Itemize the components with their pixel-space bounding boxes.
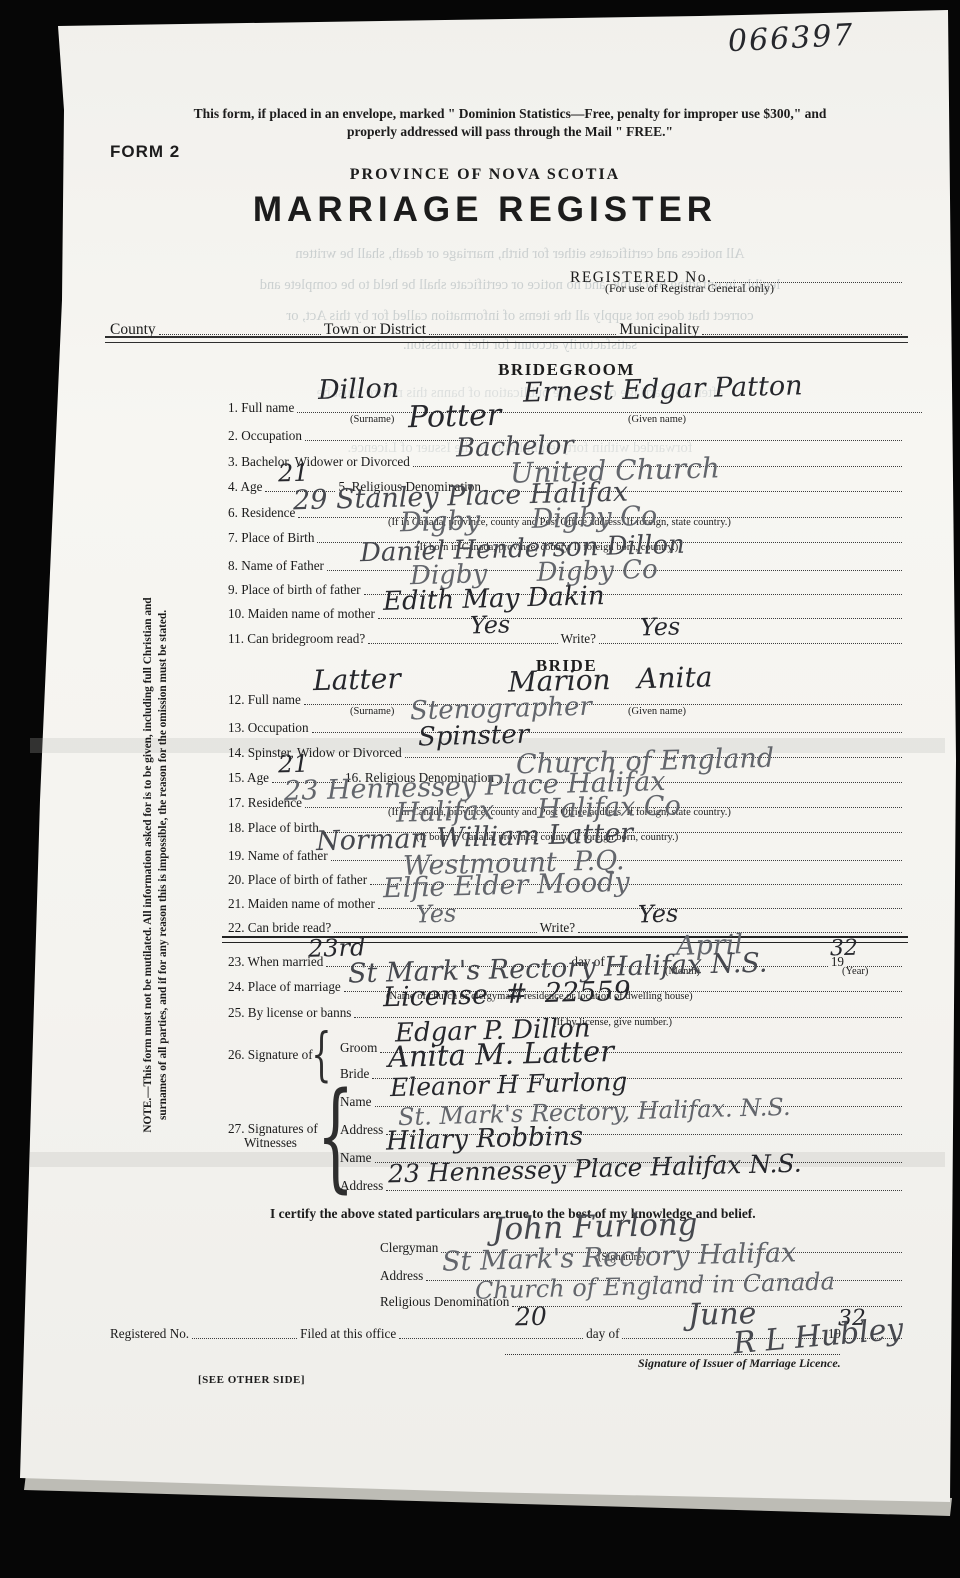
- field-label: 13. Occupation: [228, 721, 309, 736]
- bride-read-value: Yes: [416, 901, 457, 926]
- field-bridegroom-literacy: 11. Can bridegroom read? Write? Yes Yes: [228, 631, 905, 647]
- form-number: FORM 2: [110, 142, 180, 162]
- field-label: 3. Bachelor, Widower or Divorced: [228, 455, 410, 470]
- dotted-line: [702, 332, 902, 335]
- field-label: 25. By license or banns: [228, 1006, 351, 1021]
- given-name-caption: (Given name): [628, 706, 686, 717]
- dotted-line: [386, 1188, 902, 1191]
- field-label: 12. Full name: [228, 693, 301, 708]
- field-label: 11. Can bridegroom read?: [228, 632, 365, 647]
- witness2-name-value: Hilary Robbins: [386, 1123, 584, 1154]
- bride-signature-value: Anita M. Latter: [388, 1037, 615, 1072]
- field-label: 19. Name of father: [228, 849, 328, 864]
- field-bridegroom-full-name: 1. Full name (Surname) (Given name) Dill…: [228, 400, 925, 416]
- name-label: Name: [340, 1095, 372, 1110]
- field-label: 10. Maiden name of mother: [228, 607, 375, 622]
- field-label: 15. Age: [228, 771, 269, 786]
- dotted-line: [192, 1336, 297, 1339]
- registered-no-label: Registered No.: [110, 1327, 189, 1342]
- field-label: 8. Name of Father: [228, 559, 324, 574]
- field-label: 21. Maiden name of mother: [228, 897, 375, 912]
- married-day-value: 23rd: [308, 935, 366, 960]
- mail-notice-line2: properly addressed will pass through the…: [120, 124, 900, 140]
- filed-day-value: 20: [515, 1304, 547, 1330]
- dotted-line: [368, 641, 557, 644]
- bridegroom-given-value: Ernest Edgar Patton: [523, 372, 803, 406]
- dotted-line: [429, 332, 616, 335]
- bleedthrough-line: All notices and certificates either for …: [170, 246, 870, 263]
- province-heading: PROVINCE OF NOVA SCOTIA: [150, 166, 820, 184]
- bride-age-value: 21: [278, 752, 309, 777]
- stamp-number: 066397: [727, 21, 855, 58]
- day-of-label: day of: [586, 1327, 619, 1342]
- margin-note-line2: surnames of all parties, and if for any …: [157, 610, 169, 1120]
- margin-note: NOTE.—This form must not be mutilated. A…: [141, 540, 172, 1190]
- bridegroom-age-value: 21: [278, 461, 309, 486]
- bridegroom-read-value: Yes: [470, 612, 511, 637]
- registrar-only-caption: (For use of Registrar General only): [605, 281, 774, 296]
- field-label: 7. Place of Birth: [228, 531, 314, 546]
- bride-mother-value: Elfie Elder Moody: [383, 869, 630, 902]
- field-label: 9. Place of birth of father: [228, 583, 361, 598]
- surname-caption: (Surname): [350, 414, 394, 425]
- bride-given-value: Marion Anita: [508, 663, 713, 696]
- margin-note-line1: NOTE.—This form must not be mutilated. A…: [142, 597, 154, 1132]
- witnesses-label-line2: Witnesses: [244, 1136, 297, 1151]
- clergyman-denomination-value: Church of England in Canada: [475, 1269, 835, 1302]
- bridegroom-surname-value: Dillon: [318, 375, 400, 404]
- field-witness2-address: Address 23 Hennessey Place Halifax N.S.: [340, 1178, 905, 1194]
- bridegroom-write-value: Yes: [640, 614, 681, 639]
- bridegroom-occupation-value: Potter: [408, 401, 502, 433]
- write-label: Write?: [561, 632, 596, 647]
- dotted-line: [599, 641, 902, 644]
- field-bridegroom-mother: 10. Maiden name of mother Edith May Daki…: [228, 606, 905, 622]
- dotted-line: [159, 332, 321, 335]
- field-label: 2. Occupation: [228, 429, 302, 444]
- address-label: Address: [380, 1269, 423, 1284]
- field-label: 24. Place of marriage: [228, 980, 341, 995]
- field-label: 4. Age: [228, 480, 262, 495]
- mail-notice-line1: This form, if placed in an envelope, mar…: [120, 106, 900, 122]
- see-other-side: [SEE OTHER SIDE]: [198, 1374, 305, 1386]
- signature-of-label: 26. Signature of: [228, 1048, 313, 1063]
- given-name-caption: (Given name): [628, 414, 686, 425]
- field-clergyman-denomination: Religious Denomination Church of England…: [380, 1294, 905, 1310]
- double-rule: [105, 336, 908, 343]
- surname-caption: (Surname): [350, 706, 394, 717]
- dotted-line: [399, 1336, 583, 1339]
- field-label: 14. Spinster, Widow or Divorced: [228, 746, 402, 761]
- field-label: 20. Place of birth of father: [228, 873, 367, 888]
- field-bride-occupation: 13. Occupation Stenographer: [228, 720, 905, 736]
- write-label: Write?: [540, 921, 575, 936]
- dotted-line: [304, 702, 902, 705]
- groom-label: Groom: [340, 1041, 377, 1056]
- page-title: MARRIAGE REGISTER: [150, 190, 820, 230]
- bride-status-value: Spinster: [418, 722, 530, 751]
- dotted-line: [312, 730, 902, 733]
- witness1-name-value: Eleanor H Furlong: [390, 1069, 628, 1100]
- clergyman-label: Clergyman: [380, 1241, 438, 1256]
- name-label: Name: [340, 1151, 372, 1166]
- scanned-marriage-register: All notices and certificates either for …: [0, 0, 960, 1578]
- year-caption: (Year): [842, 966, 868, 977]
- license-value: License # 22559: [383, 978, 631, 1011]
- field-label: 1. Full name: [228, 401, 294, 416]
- bride-surname-value: Latter: [313, 665, 401, 695]
- dotted-line: [305, 438, 902, 441]
- field-label: 18. Place of birth: [228, 821, 319, 836]
- married-year-value: 32: [830, 938, 859, 961]
- dotted-line: [297, 410, 922, 413]
- bride-write-value: Yes: [638, 901, 679, 926]
- address-label: Address: [340, 1179, 383, 1194]
- filed-label: Filed at this office: [300, 1327, 396, 1342]
- field-label: 6. Residence: [228, 506, 295, 521]
- address-label: Address: [340, 1123, 383, 1138]
- field-bride-mother: 21. Maiden name of mother Elfie Elder Mo…: [228, 896, 905, 912]
